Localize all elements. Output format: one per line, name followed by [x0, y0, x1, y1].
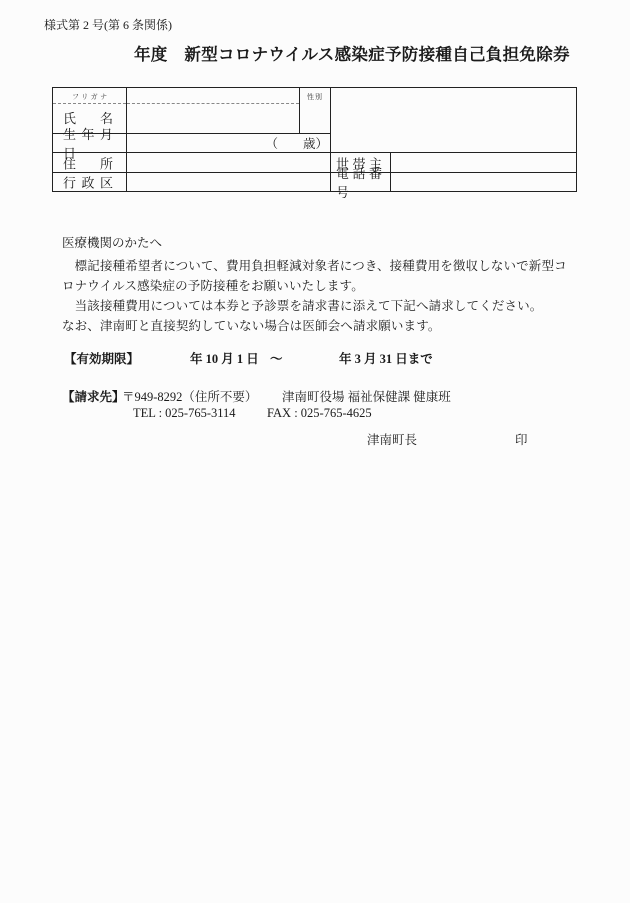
furigana-label: フリガナ [53, 88, 126, 104]
notice-line: 当該接種費用については本券と予診票を請求書に添えて下記へ請求してください。 [62, 296, 567, 316]
furigana-input[interactable] [127, 88, 299, 104]
address-label: 住 所 [63, 153, 113, 172]
birthdate-label-cell: 生年月日 [53, 134, 127, 153]
validity-start-date: 年 10 月 1 日 [190, 349, 259, 367]
name-input-cell[interactable] [127, 88, 300, 134]
district-input-cell[interactable] [127, 173, 331, 191]
phone-label: 電話番号 [336, 163, 382, 201]
validity-tilde: ～ [270, 349, 283, 367]
address-label-cell: 住 所 [53, 153, 127, 173]
validity-end-date: 年 3 月 31 日まで [339, 349, 433, 367]
billing-fax: FAX : 025-765-4625 [267, 406, 372, 421]
billing-tel: TEL : 025-765-3114 [133, 406, 236, 421]
age-suffix: （ 歳） [265, 134, 328, 152]
billing-office: 津南町役場 福祉保健課 健康班 [282, 387, 451, 405]
form-number: 様式第 2 号(第 6 条関係) [44, 16, 172, 33]
notice-line: ロナウイルス感染症の予防接種をお願いいたします。 [62, 276, 567, 296]
address-input-cell[interactable] [127, 153, 331, 173]
applicant-info-table: フリガナ 氏 名 性別 生年月日 （ 歳） 住 所 世 帯 主 行 政 区 [52, 87, 577, 192]
blank-area-cell [331, 88, 576, 153]
sex-cell[interactable]: 性別 [300, 88, 331, 134]
district-label: 行 政 区 [63, 173, 113, 192]
notice-body: 標記接種希望者について、費用負担軽減対象者につき、接種費用を徴収しないで新型コ … [62, 256, 567, 336]
householder-input-cell[interactable] [391, 153, 576, 173]
district-label-cell: 行 政 区 [53, 173, 127, 191]
mayor-title: 津南町長 [367, 430, 417, 448]
phone-label-cell: 電話番号 [331, 173, 391, 191]
seal-mark: 印 [515, 430, 528, 448]
billing-postal-code: 〒949-8292（住所不要） [122, 387, 257, 405]
document-page: 様式第 2 号(第 6 条関係) 年度 新型コロナウイルス感染症予防接種自己負担… [0, 0, 630, 903]
notice-heading: 医療機関のかたへ [62, 233, 162, 251]
notice-line: なお、津南町と直接契約していない場合は医師会へ請求願います。 [62, 316, 567, 336]
notice-line: 標記接種希望者について、費用負担軽減対象者につき、接種費用を徴収しないで新型コ [62, 256, 567, 276]
phone-input-cell[interactable] [391, 173, 576, 191]
billing-label: 【請求先】 [62, 387, 125, 405]
page-title: 年度 新型コロナウイルス感染症予防接種自己負担免除券 [134, 41, 570, 65]
birthdate-input-cell[interactable]: （ 歳） [127, 134, 331, 153]
sex-label: 性別 [300, 88, 330, 102]
validity-label: 【有効期限】 [64, 349, 139, 367]
